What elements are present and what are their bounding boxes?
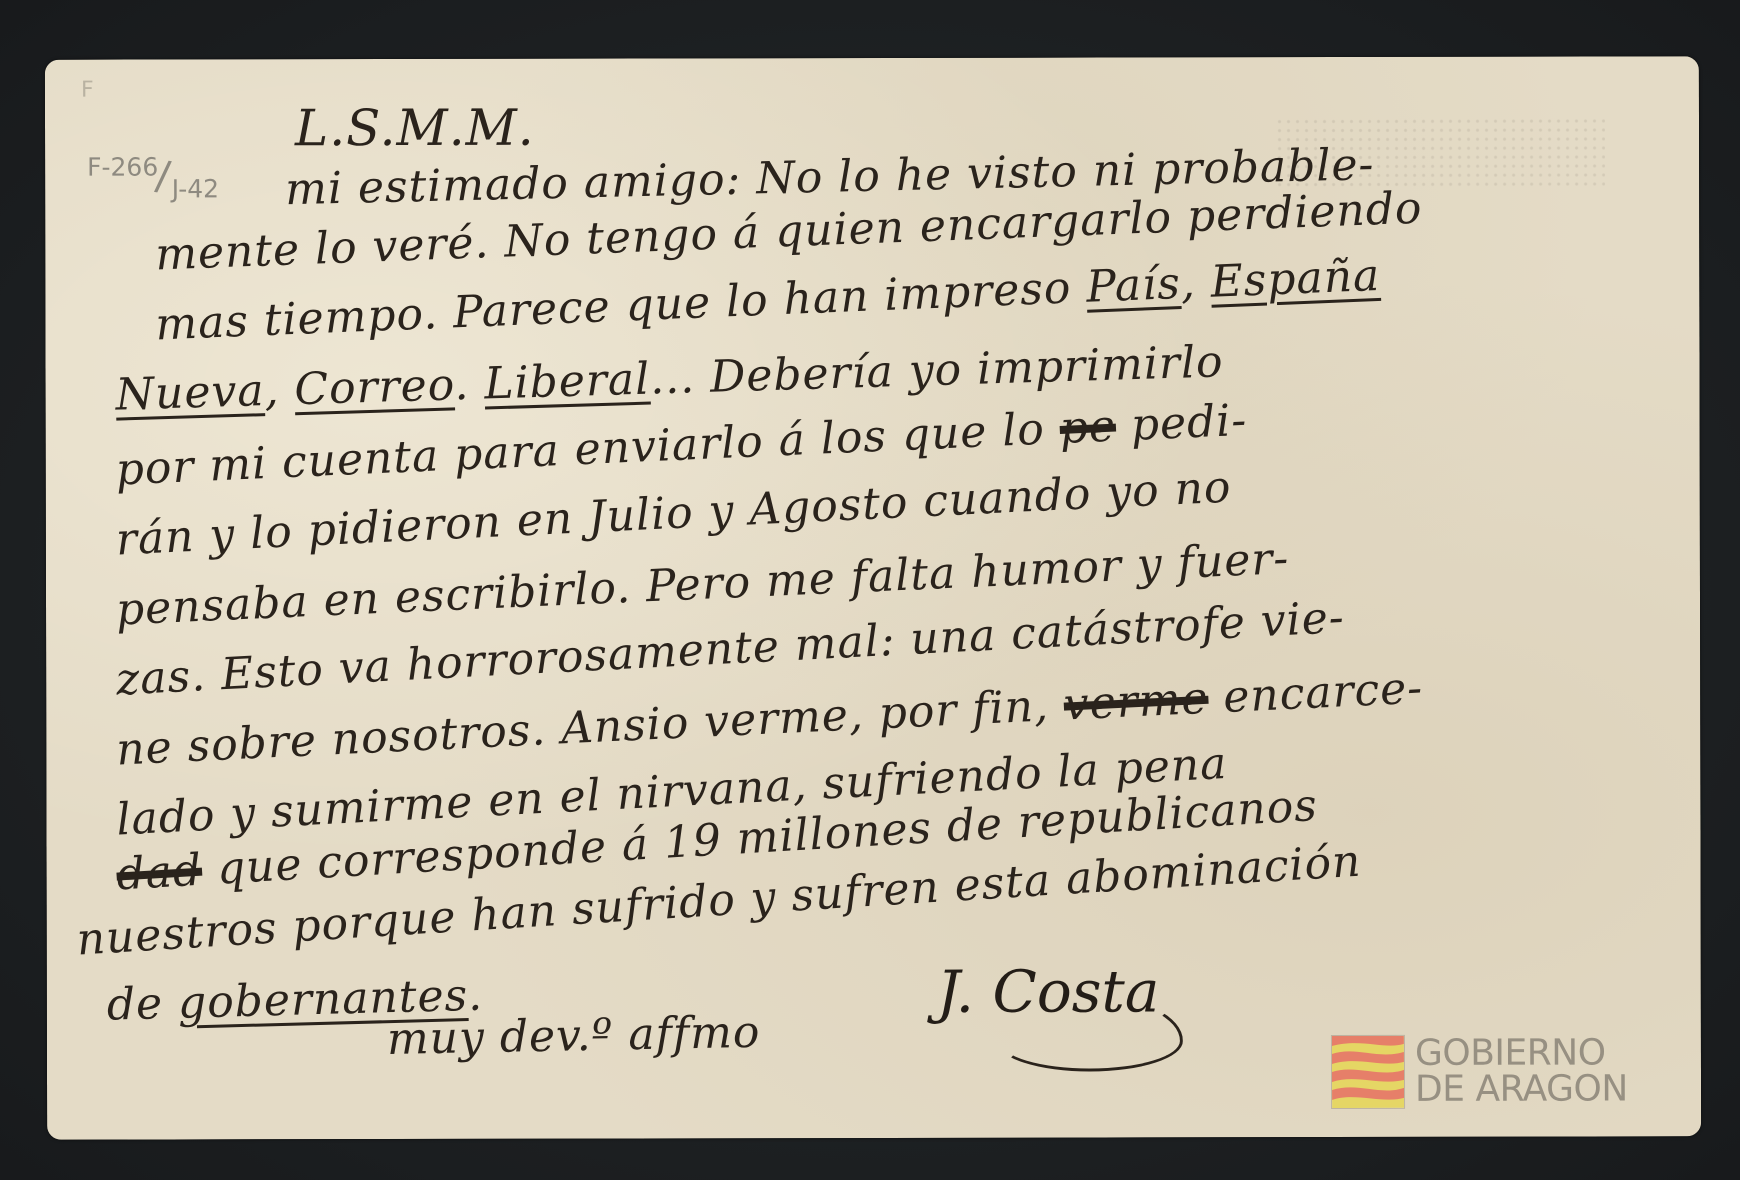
- text-segment: pedi-: [1115, 395, 1248, 452]
- faint-pencil-mark: F: [81, 78, 94, 103]
- letter-closing: muy dev.º affmo: [386, 1007, 760, 1065]
- gobierno-de-aragon-watermark: GOBIERNO DE ARAGON: [1331, 1034, 1628, 1109]
- text-segment: encarce-: [1207, 663, 1424, 724]
- underlined-newspaper-pais: País: [1085, 258, 1182, 313]
- watermark-text: GOBIERNO DE ARAGON: [1415, 1035, 1628, 1107]
- signature: J. Costa: [937, 957, 1160, 1025]
- letter-greeting: L.S.M.M.: [295, 99, 535, 158]
- underlined-newspaper-nueva: Nueva: [115, 365, 265, 420]
- watermark-line-1: GOBIERNO: [1415, 1035, 1628, 1071]
- underlined-newspaper-correo: Correo: [294, 359, 455, 415]
- text-segment: ,: [264, 364, 296, 416]
- struck-out-word: pe: [1059, 401, 1117, 454]
- archive-code-suffix: J-42: [172, 174, 219, 203]
- underlined-newspaper-liberal: Liberal: [484, 354, 651, 410]
- text-segment: ... Debería yo imprimirlo: [649, 336, 1224, 404]
- archive-code-prefix: F-266: [87, 152, 158, 181]
- postcard: F F-266/J-42 L.S.M.M. mi estimado amigo:…: [45, 56, 1701, 1139]
- struck-out-word: dad: [115, 845, 203, 901]
- archive-reference-code: F-266/J-42: [87, 139, 219, 185]
- text-segment: ,: [1180, 257, 1212, 309]
- struck-out-word: verme: [1063, 673, 1210, 731]
- text-segment: .: [454, 359, 486, 411]
- underlined-newspaper-espana: España: [1210, 250, 1382, 308]
- text-segment: de: [106, 978, 179, 1031]
- aragon-flag-icon: [1331, 1035, 1405, 1109]
- watermark-line-2: DE ARAGON: [1415, 1071, 1628, 1107]
